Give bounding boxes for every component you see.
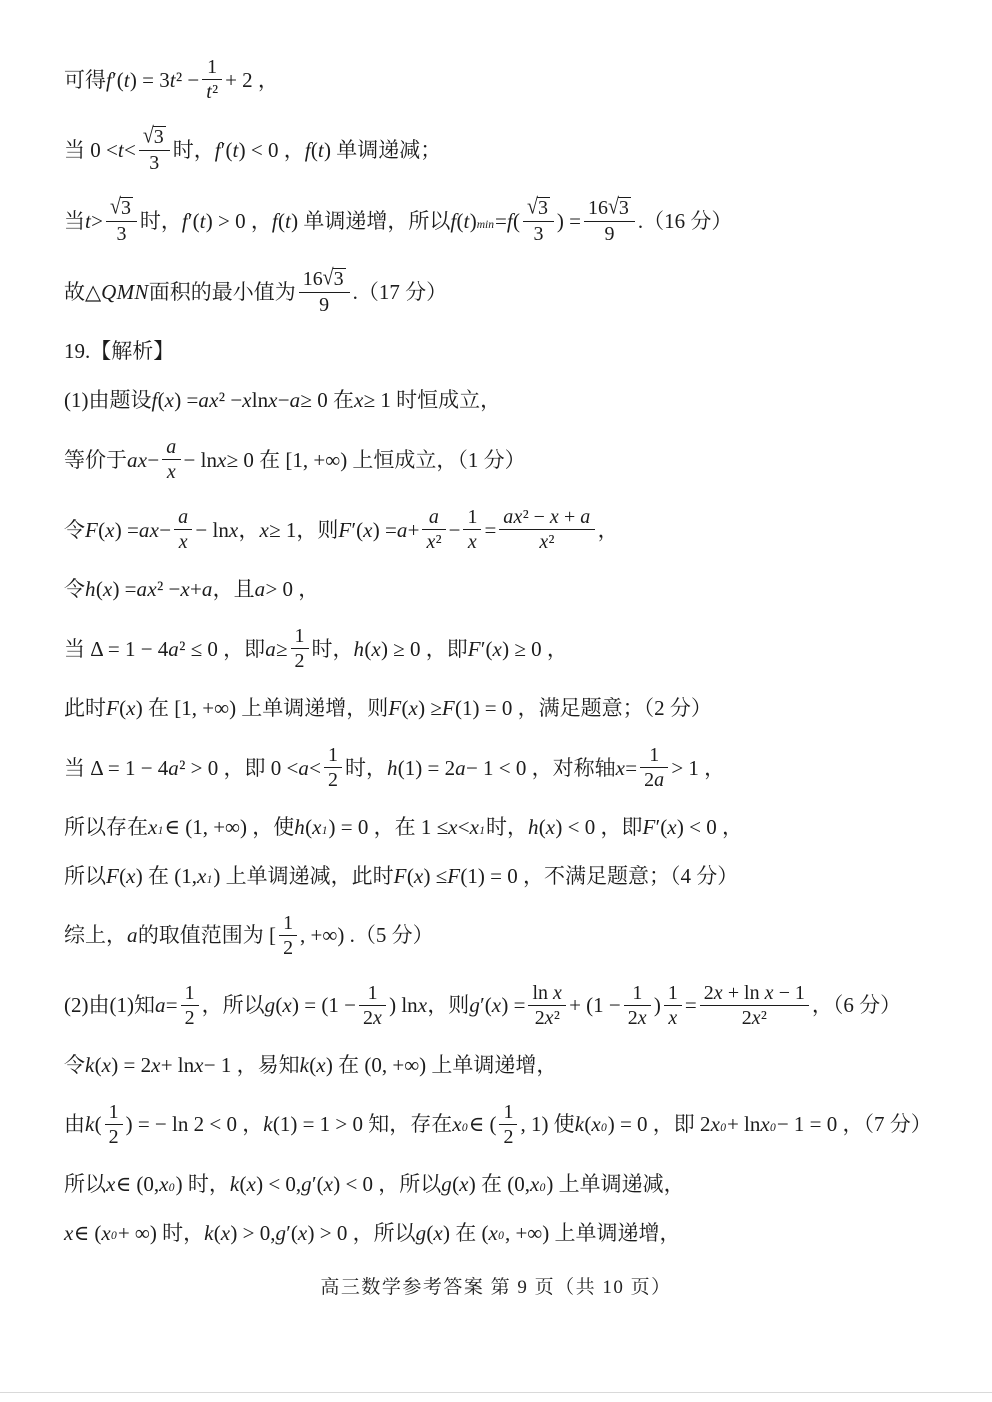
text-run: − 1 < 0 ，对称轴 bbox=[466, 755, 616, 781]
fraction: 12 bbox=[291, 625, 309, 673]
subscript: 0 bbox=[601, 1121, 607, 1135]
text-run: 1 bbox=[668, 982, 678, 1004]
answer-solution-body: 可得 f′(t) = 3t² − 1t² + 2 ，当 0 < t < √33 … bbox=[64, 56, 936, 1246]
math-variable: F bbox=[388, 695, 401, 721]
text-run: 时， bbox=[345, 755, 387, 781]
text-run: ∈ (0, bbox=[116, 1171, 160, 1197]
math-variable: k bbox=[263, 1111, 273, 1137]
fraction: 16√39 bbox=[299, 268, 350, 316]
text-run: − ln bbox=[184, 447, 217, 473]
text-run: ) ≥ 0 ， bbox=[502, 636, 568, 662]
text-run: ) 在 ( bbox=[443, 1220, 489, 1246]
math-variable: F bbox=[442, 695, 455, 721]
text-run: ′( bbox=[286, 1220, 298, 1246]
text-run: 1 bbox=[328, 744, 338, 766]
fraction: 12 bbox=[105, 1101, 123, 1149]
math-variable: x bbox=[550, 506, 559, 528]
text-run: ) = 3 bbox=[130, 67, 170, 93]
text-run: 1 bbox=[109, 1101, 119, 1123]
math-variable: x bbox=[470, 814, 480, 840]
math-variable: x bbox=[539, 531, 548, 553]
subscript: 1 bbox=[479, 824, 485, 838]
text-run: ) 上单调递减， bbox=[546, 1171, 684, 1197]
text-run: 3 bbox=[149, 152, 159, 174]
math-variable: x bbox=[752, 1007, 761, 1029]
text-run: ，所以 bbox=[202, 992, 265, 1018]
denominator: 2 bbox=[499, 1124, 517, 1148]
sqrt-radical: √3 bbox=[608, 197, 631, 220]
numerator: 1 bbox=[105, 1101, 123, 1124]
math-variable: a bbox=[429, 506, 439, 528]
text-run: + bbox=[408, 517, 420, 543]
denominator: 2a bbox=[640, 767, 668, 791]
subscript: 1 bbox=[207, 873, 213, 887]
text-run: 可得 bbox=[64, 67, 106, 93]
text-run: ≥ 0 在 [1, +∞) 上恒成立，（1 分） bbox=[227, 447, 526, 473]
fraction: ax bbox=[162, 436, 180, 484]
text-run: ) ≤ bbox=[423, 863, 447, 889]
math-variable: ax bbox=[137, 576, 157, 602]
sqrt-radical: √3 bbox=[323, 268, 346, 291]
text-run: 等价于 bbox=[64, 447, 127, 473]
text-run: ) = bbox=[115, 517, 139, 543]
denominator: 2 bbox=[291, 648, 309, 672]
math-variable: g bbox=[416, 1220, 427, 1246]
text-run: 1 bbox=[503, 1101, 513, 1123]
text-run: = bbox=[625, 755, 637, 781]
fraction: √33 bbox=[523, 197, 554, 245]
denominator: 3 bbox=[523, 221, 554, 245]
numerator: 1 bbox=[324, 744, 342, 767]
math-variable: x bbox=[414, 863, 424, 889]
text-run: − 1 = 0 ，（7 分） bbox=[777, 1111, 932, 1137]
math-line-3: 当 t > √33 时， f′(t) > 0 ， f(t) 单调递增，所以 f(… bbox=[64, 197, 732, 245]
radicand: 3 bbox=[333, 268, 346, 291]
text-run: + bbox=[559, 506, 580, 528]
text-run: ) 单调递减； bbox=[324, 137, 441, 163]
text-run: , +∞) .（5 分） bbox=[300, 922, 434, 948]
text-run: 1 bbox=[368, 982, 378, 1004]
text-run: 2 bbox=[742, 1007, 752, 1029]
text-run: ) ln bbox=[389, 992, 418, 1018]
fraction: ln x2x² bbox=[528, 982, 566, 1030]
math-variable: x bbox=[591, 1111, 601, 1137]
text-run: − 1 bbox=[774, 982, 805, 1004]
text-run: 1 bbox=[185, 982, 195, 1004]
numerator: 2x + ln x − 1 bbox=[700, 982, 809, 1005]
text-run: ) < 0, bbox=[256, 1171, 301, 1197]
subscript: 1 bbox=[322, 824, 328, 838]
math-line-4: 故△ QMN 面积的最小值为 16√39 .（17 分） bbox=[64, 268, 447, 316]
text-run: + ln bbox=[161, 1052, 194, 1078]
text-run: + bbox=[190, 576, 202, 602]
text-run: < bbox=[124, 137, 136, 163]
math-variable: k bbox=[300, 1052, 310, 1078]
math-variable: x bbox=[221, 1220, 231, 1246]
math-variable: a bbox=[168, 755, 179, 781]
text-run: ln bbox=[532, 982, 553, 1004]
text-run: ) 在 (0, bbox=[469, 1171, 530, 1197]
text-run: (1) = 1 > 0 知，存在 bbox=[273, 1111, 452, 1137]
text-run: ) = 0 ，在 1 ≤ bbox=[328, 814, 448, 840]
text-run: 16 bbox=[303, 268, 323, 290]
text-run: 时， bbox=[312, 636, 354, 662]
text-run: ) bbox=[654, 992, 661, 1018]
text-run: 2 bbox=[283, 937, 293, 959]
text-run: ) = bbox=[501, 992, 525, 1018]
text-run: ∈ ( bbox=[74, 1220, 102, 1246]
math-line-8: 令 F(x) = ax − ax − ln x ， x ≥ 1，则 F′(x) … bbox=[64, 506, 619, 554]
text-run: 此时 bbox=[64, 695, 106, 721]
numerator: 1 bbox=[664, 982, 682, 1005]
text-run: 19.【解析】 bbox=[64, 338, 174, 364]
math-variable: a bbox=[455, 755, 466, 781]
text-run: ² bbox=[212, 81, 218, 103]
math-line-11: 此时 F(x) 在 [1, +∞) 上单调递增，则 F(x) ≥ F(1) = … bbox=[64, 695, 712, 721]
text-run: 1 bbox=[283, 912, 293, 934]
text-run: ) 在 (0, +∞) 上单调递增， bbox=[326, 1052, 558, 1078]
math-variable: k bbox=[85, 1052, 95, 1078]
numerator: 16√3 bbox=[299, 268, 350, 292]
text-run: 令 bbox=[64, 517, 85, 543]
numerator: a bbox=[422, 506, 445, 529]
math-variable: x bbox=[408, 695, 418, 721]
math-line-10: 当 Δ = 1 − 4a² ≤ 0 ，即 a ≥ 12 时， h(x) ≥ 0 … bbox=[64, 625, 568, 673]
text-run: ² bbox=[436, 531, 442, 553]
math-variable: g bbox=[469, 992, 480, 1018]
math-variable: x bbox=[324, 1171, 334, 1197]
text-run: 2 bbox=[295, 650, 305, 672]
fraction: 12x bbox=[624, 982, 651, 1030]
numerator: √3 bbox=[523, 197, 554, 221]
text-run: ( bbox=[513, 208, 520, 234]
math-variable: F bbox=[394, 863, 407, 889]
text-run: + (1 − bbox=[569, 992, 621, 1018]
text-run: ，则 bbox=[427, 992, 469, 1018]
numerator: 1 bbox=[181, 982, 199, 1005]
fraction: ax² bbox=[422, 506, 445, 554]
math-variable: k bbox=[85, 1111, 95, 1137]
fraction: 12 bbox=[499, 1101, 517, 1149]
text-run: − 1 ，易知 bbox=[204, 1052, 300, 1078]
text-run: ( bbox=[214, 1220, 221, 1246]
math-line-17: 令 k(x) = 2x + ln x − 1 ，易知 k(x) 在 (0, +∞… bbox=[64, 1052, 557, 1078]
text-run: − bbox=[147, 447, 159, 473]
fraction: 12 bbox=[324, 744, 342, 792]
math-variable: h bbox=[85, 576, 96, 602]
text-run: 3 bbox=[154, 126, 164, 148]
math-variable: x bbox=[354, 387, 364, 413]
math-variable: x bbox=[64, 1220, 74, 1246]
fraction: 1x bbox=[664, 982, 682, 1030]
math-variable: x bbox=[194, 1052, 204, 1078]
text-run: 2 bbox=[503, 1126, 513, 1148]
numerator: ax² − x + a bbox=[499, 506, 594, 529]
text-run: 2 bbox=[644, 769, 654, 791]
text-run: ) = (1 − bbox=[292, 992, 356, 1018]
text-run: 时， bbox=[173, 137, 215, 163]
text-run: ′( bbox=[352, 517, 364, 543]
text-run: 1 bbox=[649, 744, 659, 766]
text-run: 3 bbox=[121, 197, 131, 219]
denominator: 2x² bbox=[700, 1005, 809, 1029]
numerator: 1 bbox=[499, 1101, 517, 1124]
math-variable: a bbox=[397, 517, 408, 543]
numerator: 1 bbox=[640, 744, 668, 767]
math-line-18: 由 k(12) = − ln 2 < 0 ， k(1) = 1 > 0 知，存在… bbox=[64, 1101, 932, 1149]
text-run: 16 bbox=[588, 197, 608, 219]
math-variable: x bbox=[530, 1171, 540, 1197]
math-variable: x bbox=[148, 814, 158, 840]
denominator: 9 bbox=[299, 292, 350, 316]
text-run: ′( bbox=[112, 67, 124, 93]
fraction: 12 bbox=[279, 912, 297, 960]
text-run: ， bbox=[238, 517, 259, 543]
math-variable: h bbox=[387, 755, 398, 781]
denominator: 2 bbox=[279, 935, 297, 959]
text-run: + 2 ， bbox=[225, 67, 279, 93]
text-run: ) bbox=[470, 208, 477, 234]
denominator: t² bbox=[202, 79, 222, 103]
math-line-12: 当 Δ = 1 − 4a² > 0 ，即 0 < a < 12 时， h(1) … bbox=[64, 744, 725, 792]
fraction: √33 bbox=[106, 197, 137, 245]
math-line-6: (1)由题设 f(x) = ax² − x ln x − a ≥ 0 在 x ≥… bbox=[64, 387, 501, 413]
math-line-2: 当 0 < t < √33 时， f′(t) < 0 ， f(t) 单调递减； bbox=[64, 126, 441, 174]
math-variable: x bbox=[179, 531, 188, 553]
denominator: x² bbox=[422, 529, 445, 553]
math-variable: F bbox=[643, 814, 656, 840]
math-variable: x bbox=[760, 1111, 770, 1137]
numerator: 1 bbox=[279, 912, 297, 935]
text-run: ≥ 0 在 bbox=[300, 387, 354, 413]
math-variable: a bbox=[202, 576, 213, 602]
text-run: 1 bbox=[632, 982, 642, 1004]
radical-sign: √ bbox=[110, 197, 121, 219]
math-variable: h bbox=[528, 814, 539, 840]
numerator: 1 bbox=[291, 625, 309, 648]
math-variable: x bbox=[546, 814, 556, 840]
denominator: x bbox=[664, 1005, 682, 1029]
text-run: ² − bbox=[157, 576, 180, 602]
text-run: 2 bbox=[628, 1007, 638, 1029]
math-variable: x bbox=[545, 1007, 554, 1029]
denominator: x bbox=[174, 529, 192, 553]
radicand: 3 bbox=[120, 197, 133, 220]
text-run: ′( bbox=[656, 814, 668, 840]
math-variable: x bbox=[459, 1171, 469, 1197]
text-run: ² bbox=[549, 531, 555, 553]
denominator: 9 bbox=[584, 221, 635, 245]
numerator: 16√3 bbox=[584, 197, 635, 221]
text-run: ) > 0 ， bbox=[206, 208, 272, 234]
text-run: ( bbox=[311, 137, 318, 163]
text-run: = bbox=[166, 992, 178, 1018]
text-run: ≥ 1，则 bbox=[269, 517, 338, 543]
math-variable: a bbox=[298, 755, 309, 781]
text-run: 2 bbox=[363, 1007, 373, 1029]
math-variable: ax bbox=[139, 517, 159, 543]
text-run: 综上， bbox=[64, 922, 127, 948]
text-run: ) = 0 ，即 2 bbox=[608, 1111, 711, 1137]
denominator: 3 bbox=[139, 150, 170, 174]
math-variable: ax bbox=[503, 506, 522, 528]
denominator: 2x² bbox=[528, 1005, 566, 1029]
numerator: a bbox=[174, 506, 192, 529]
text-run: ≥ bbox=[276, 636, 288, 662]
math-line-9: 令 h(x) = ax² − x + a ，且 a > 0 ， bbox=[64, 576, 319, 602]
text-run: 当 bbox=[64, 208, 85, 234]
text-run: 9 bbox=[604, 223, 614, 245]
math-variable: x bbox=[468, 531, 477, 553]
subscript: 0 bbox=[540, 1181, 546, 1195]
math-line-15: 综上， a 的取值范围为 [12, +∞) .（5 分） bbox=[64, 912, 434, 960]
denominator: x² bbox=[499, 529, 594, 553]
math-variable: x bbox=[197, 863, 207, 889]
fraction: 2x + ln x − 12x² bbox=[700, 982, 809, 1030]
fraction: 12x bbox=[359, 982, 386, 1030]
math-variable: x bbox=[553, 982, 562, 1004]
text-run: ) = bbox=[112, 576, 136, 602]
math-variable: h bbox=[354, 636, 365, 662]
math-variable: F bbox=[106, 695, 119, 721]
text-run: ) < 0 ，所以 bbox=[333, 1171, 441, 1197]
math-variable: ax bbox=[127, 447, 147, 473]
text-run: 2 bbox=[185, 1007, 195, 1029]
fraction: ax bbox=[174, 506, 192, 554]
math-variable: x bbox=[101, 1220, 111, 1246]
text-run: 2 bbox=[328, 769, 338, 791]
text-run: ) 时， bbox=[176, 1171, 230, 1197]
numerator: ln x bbox=[528, 982, 566, 1005]
math-variable: h bbox=[294, 814, 305, 840]
math-variable: x bbox=[268, 387, 278, 413]
math-variable: a bbox=[166, 436, 176, 458]
text-run: 1 bbox=[467, 506, 477, 528]
math-variable: x bbox=[426, 531, 435, 553]
text-run: .（17 分） bbox=[353, 279, 448, 305]
text-run: (1) = 2 bbox=[398, 755, 455, 781]
text-run: 时， bbox=[486, 814, 528, 840]
subscript: 0 bbox=[770, 1121, 776, 1135]
text-run: ) = bbox=[557, 208, 581, 234]
math-variable: k bbox=[230, 1171, 240, 1197]
text-run: , +∞) 上单调递增， bbox=[505, 1220, 681, 1246]
math-variable: g bbox=[301, 1171, 312, 1197]
text-run: − bbox=[278, 387, 290, 413]
fraction: 12 bbox=[181, 982, 199, 1030]
fraction: 16√39 bbox=[584, 197, 635, 245]
scan-page-edge bbox=[0, 1392, 992, 1393]
text-run: ′( bbox=[481, 636, 493, 662]
text-run: > 0 ， bbox=[265, 576, 319, 602]
text-run: 的取值范围为 [ bbox=[138, 922, 276, 948]
math-variable: x bbox=[259, 517, 269, 543]
text-run: ) 单调递增，所以 bbox=[291, 208, 450, 234]
math-variable: x bbox=[316, 1052, 326, 1078]
text-run: ( bbox=[158, 387, 165, 413]
text-run: 3 bbox=[538, 197, 548, 219]
math-variable: QMN bbox=[101, 279, 149, 305]
text-run: ，（6 分） bbox=[812, 992, 901, 1018]
math-variable: x bbox=[711, 1111, 721, 1137]
subscript: 0 bbox=[169, 1181, 175, 1195]
math-variable: g bbox=[441, 1171, 452, 1197]
text-run: ′( bbox=[480, 992, 492, 1018]
text-run: (1) = 0 ，不满足题意；（4 分） bbox=[460, 863, 738, 889]
text-run: ) > 0, bbox=[230, 1220, 275, 1246]
subscript: 0 bbox=[720, 1121, 726, 1135]
denominator: 2 bbox=[324, 767, 342, 791]
math-variable: g bbox=[275, 1220, 286, 1246]
math-variable: x bbox=[492, 636, 502, 662]
math-variable: x bbox=[242, 387, 252, 413]
math-variable: F bbox=[85, 517, 98, 543]
math-line-20: x ∈ (x0 + ∞) 时， k(x) > 0, g′(x) > 0 ，所以 … bbox=[64, 1220, 681, 1246]
text-run: = bbox=[495, 208, 507, 234]
text-run: 9 bbox=[319, 294, 329, 316]
sqrt-radical: √3 bbox=[143, 126, 166, 149]
math-variable: x bbox=[638, 1007, 647, 1029]
text-run: + ∞) 时， bbox=[118, 1220, 204, 1246]
math-line-7: 等价于 ax − ax − ln x ≥ 0 在 [1, +∞) 上恒成立，（1… bbox=[64, 436, 526, 484]
math-line-14: 所以 F(x) 在 (1, x1) 上单调递减，此时 F(x) ≤ F(1) =… bbox=[64, 863, 738, 889]
math-variable: x bbox=[282, 992, 292, 1018]
text-run: .（16 分） bbox=[638, 208, 733, 234]
math-variable: x bbox=[151, 1052, 161, 1078]
text-run: − bbox=[449, 517, 461, 543]
text-run: 时， bbox=[140, 208, 182, 234]
text-run: (1) = 0 ，满足题意；（2 分） bbox=[455, 695, 712, 721]
text-run: (1)由题设 bbox=[64, 387, 152, 413]
math-variable: a bbox=[155, 992, 166, 1018]
text-run: ² > 0 ，即 0 < bbox=[179, 755, 298, 781]
math-variable: F bbox=[338, 517, 351, 543]
radicand: 3 bbox=[537, 197, 550, 220]
text-run: 当 Δ = 1 − 4 bbox=[64, 755, 168, 781]
math-variable: x bbox=[363, 517, 373, 543]
text-run: ² bbox=[554, 1007, 560, 1029]
text-run: 2 bbox=[704, 982, 714, 1004]
math-variable: x bbox=[418, 992, 428, 1018]
math-variable: x bbox=[106, 1171, 116, 1197]
math-variable: x bbox=[180, 576, 190, 602]
math-variable: a bbox=[290, 387, 301, 413]
text-run: ) 上单调递减，此时 bbox=[213, 863, 393, 889]
denominator: 2 bbox=[181, 1005, 199, 1029]
radical-sign: √ bbox=[608, 197, 619, 219]
text-run: 3 bbox=[619, 197, 629, 219]
denominator: 2x bbox=[624, 1005, 651, 1029]
math-variable: x bbox=[246, 1171, 256, 1197]
math-variable: x bbox=[452, 1111, 462, 1137]
math-variable: x bbox=[448, 814, 458, 840]
text-run: ′( bbox=[312, 1171, 324, 1197]
math-variable: x bbox=[371, 636, 381, 662]
numerator: √3 bbox=[139, 126, 170, 150]
math-variable: x bbox=[433, 1220, 443, 1246]
radical-sign: √ bbox=[143, 126, 154, 148]
math-variable: x bbox=[105, 517, 115, 543]
text-run: ) = bbox=[174, 387, 198, 413]
radicand: 3 bbox=[153, 126, 166, 149]
text-run: ) > 0 ，所以 bbox=[308, 1220, 416, 1246]
text-run: ² bbox=[761, 1007, 767, 1029]
math-variable: x bbox=[167, 461, 176, 483]
text-run: ，且 bbox=[213, 576, 255, 602]
text-run: > 1 ， bbox=[671, 755, 725, 781]
math-variable: k bbox=[204, 1220, 214, 1246]
text-run: ln bbox=[252, 387, 268, 413]
